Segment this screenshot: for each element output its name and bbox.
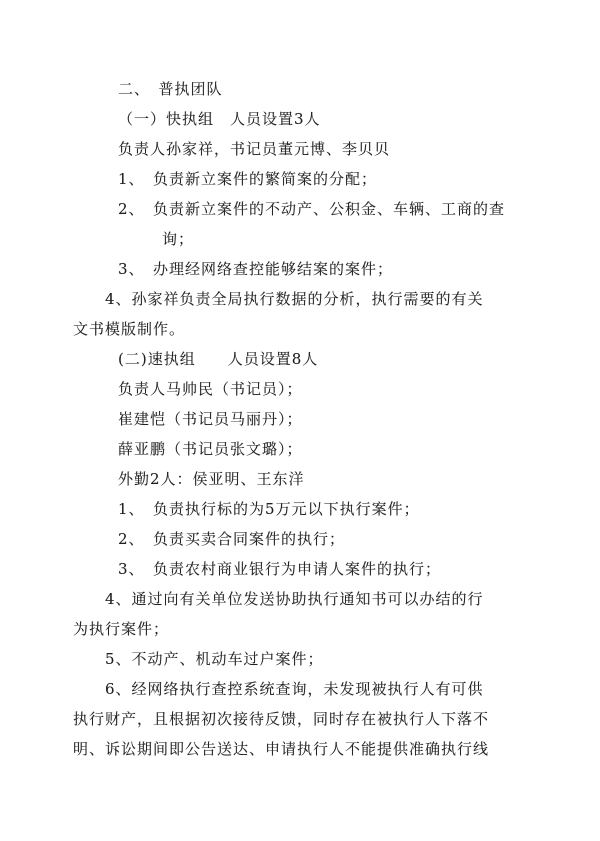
group1-heading: （一）快执组 人员设置3人 [73,104,510,134]
group2-item-6-cont-2: 明、诉讼期间即公告送达、申请执行人不能提供准确执行线 [73,734,510,764]
group2-heading: (二)速执组 人员设置8人 [73,344,510,374]
group2-item-2: 2、 负责买卖合同案件的执行； [73,524,510,554]
section-heading: 二、 普执团队 [73,74,510,104]
group1-item-2-cont: 询； [73,224,510,254]
group2-staff-1: 负责人马帅民（书记员）； [73,374,510,404]
group2-item-5: 5、不动产、机动车过户案件； [73,644,510,674]
group2-item-6: 6、经网络执行查控系统查询，未发现被执行人有可供 [73,674,510,704]
group2-staff-2: 崔建恺（书记员马丽丹）； [73,404,510,434]
group1-staff: 负责人孙家祥，书记员董元博、李贝贝 [73,134,510,164]
group2-item-4-cont: 为执行案件； [73,614,510,644]
document-text-block: 二、 普执团队 （一）快执组 人员设置3人 负责人孙家祥，书记员董元博、李贝贝 … [73,74,510,764]
group1-item-4-cont: 文书模版制作。 [73,314,510,344]
group2-item-4: 4、通过向有关单位发送协助执行通知书可以办结的行 [73,584,510,614]
group1-item-1: 1、 负责新立案件的繁简案的分配； [73,164,510,194]
group2-item-6-cont-1: 执行财产，且根据初次接待反馈，同时存在被执行人下落不 [73,704,510,734]
group2-item-3: 3、 负责农村商业银行为申请人案件的执行； [73,554,510,584]
group2-item-1: 1、 负责执行标的为5万元以下执行案件； [73,494,510,524]
document-page: 二、 普执团队 （一）快执组 人员设置3人 负责人孙家祥，书记员董元博、李贝贝 … [0,0,600,841]
group1-item-3: 3、 办理经网络查控能够结案的案件； [73,254,510,284]
group2-staff-3: 薛亚鹏（书记员张文璐）； [73,434,510,464]
group2-field-staff: 外勤2人：侯亚明、王东洋 [73,464,510,494]
group1-item-2: 2、 负责新立案件的不动产、公积金、车辆、工商的查 [73,194,510,224]
group1-item-4: 4、孙家祥负责全局执行数据的分析，执行需要的有关 [73,284,510,314]
